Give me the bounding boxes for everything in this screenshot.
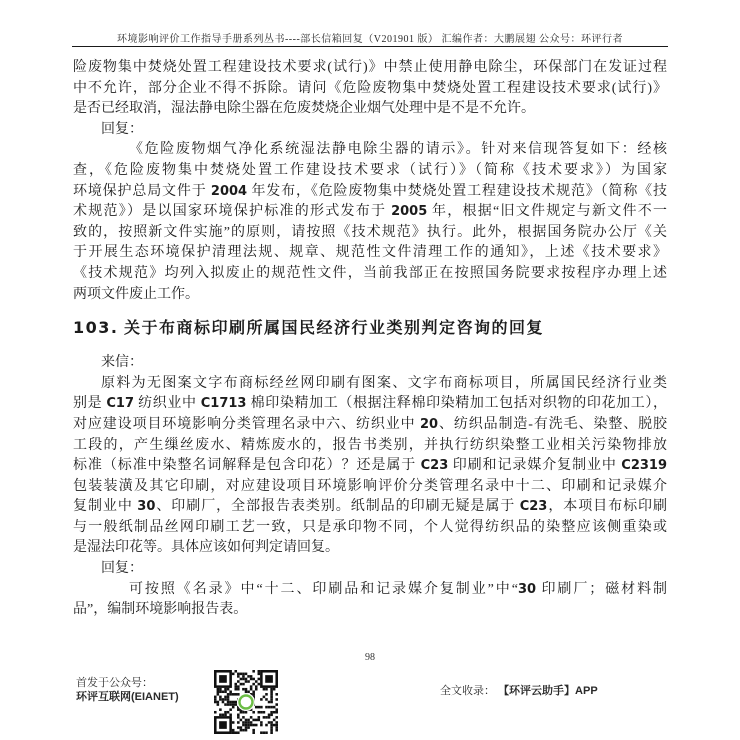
text-line: 于开展生态环境保护清理法规、规章、规范性文件清理工作的通知》，上述《技术要求》 [73,243,667,264]
text-line: 查，《危险废物集中焚烧处置工作建设技术要求（试行）》（简称《技术要求》）为国家 [73,161,667,182]
qr-code-image [214,670,278,734]
document-page: 环境影响评价工作指导手册系列丛书----部长信箱回复（V201901 版） 汇编… [0,0,740,740]
text-line: 两项文件废止工作。 [73,285,667,306]
text-line: 原料为无图案文字布商标经丝网印刷有图案、文字布商标项目，所属国民经济行业类 [73,374,667,395]
text-line: 别是 C17 纺织业中 C1713 棉印染精加工（根据注释棉印染精加工包括对织物… [73,394,667,415]
text-line: 对应建设项目环境影响分类管理名录中六、纺织业中 20、纺织品制造-有洗毛、染整、… [73,415,667,436]
footer-publisher: 首发于公众号： 环评互联网(EIANET) [76,676,179,704]
footer-right-value: 【环评云助手】APP [498,685,598,697]
text-line: 是湿法印花等。具体应该如何判定请回复。 [73,538,667,559]
text-line: 可按照《名录》中“十二、印刷品和记录媒介复制业”中“30 印刷厂；磁材料制 [73,580,667,601]
qr-code [214,670,278,734]
text-line: 险废物集中焚烧处置工程建设技术要求(试行)》中禁止使用静电除尘，环保部门在发证过… [73,58,667,79]
text-line: 中不允许，部分企业不得不拆除。请问《危险废物集中焚烧处置工程建设技术要求(试行)… [73,79,667,100]
text-line: 品”，编制环境影响报告表。 [73,600,667,621]
text-line: 回复： [73,120,667,141]
text-line: 包装装潢及其它印刷，对应建设项目环境影响评价分类管理名录中十二、印刷和记录媒介 [73,477,667,498]
text-line: 《技术规范》均列入拟废止的规范性文件，当前我部正在按照国务院要求按程序办理上述 [73,264,667,285]
text-line: 术规范》）是以国家环境保护标准的形式发布于 2005 年，根据“旧文件规定与新文… [73,202,667,223]
document-content: 险废物集中焚烧处置工程建设技术要求(试行)》中禁止使用静电除尘，环保部门在发证过… [73,58,667,621]
page-number: 98 [0,652,740,663]
text-line: 标准（标准中染整名词解释是包含印花）？还是属于 C23 印刷和记录媒介复制业中 … [73,456,667,477]
text-line: 致的，按照新文件实施”的原则，请按照《技术规范》执行。此外，根据国务院办公厅《关 [73,223,667,244]
text-line: 复制业中 30、印刷厂，全部报告表类别。纸制品的印刷无疑是属于 C23，本项目布… [73,497,667,518]
text-line: 与一般纸制品丝网印刷工艺一致，只是承印物不同，个人觉得纺织品的染整应该侧重染或 [73,518,667,539]
footer-left-line2: 环评互联网(EIANET) [76,690,179,704]
page-header: 环境影响评价工作指导手册系列丛书----部长信箱回复（V201901 版） 汇编… [0,30,740,45]
text-line: 是否已经取消，湿法静电除尘器在危废焚烧企业烟气处理中是不是不允许。 [73,99,667,120]
footer-collection: 全文收录： 【环评云助手】APP [440,682,598,698]
text-line: 工段的，产生缫丝废水、精炼废水的，报告书类别，并执行纺织染整工业相关污染物排放 [73,436,667,457]
text-line: 环境保护总局文件于 2004 年发布，《危险废物集中焚烧处置工程建设技术规范》（… [73,182,667,203]
header-rule [72,46,668,47]
footer-right-label: 全文收录： [440,685,495,697]
text-line: 《危险废物烟气净化系统湿法静电除尘器的请示》。针对来信现答复如下：经核 [73,140,667,161]
header-text: 环境影响评价工作指导手册系列丛书----部长信箱回复（V201901 版） 汇编… [117,34,623,45]
text-line: 回复： [73,559,667,580]
section-heading: 103. 关于布商标印刷所属国民经济行业类别判定咨询的回复 [73,316,667,340]
footer-left-line1: 首发于公众号： [76,676,179,690]
text-line: 来信： [73,353,667,374]
